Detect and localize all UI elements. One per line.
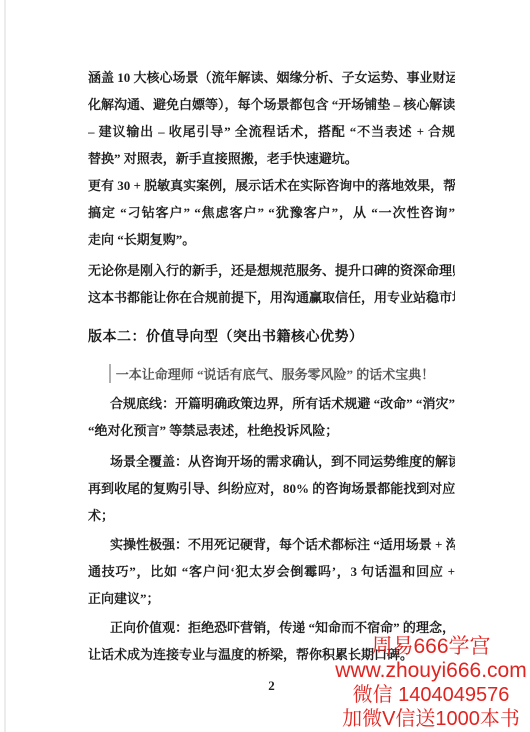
watermark-line: 周易666学宫	[333, 635, 529, 659]
page-edge-line	[4, 0, 6, 732]
text-line: 场景全覆盖：从咨询开场的需求确认，到不同运势维度的解读，	[88, 448, 455, 475]
text-line: 通技巧”，比如 “客户问‘犯太岁会倒霉吗’，3 句话温和回应 +	[88, 558, 455, 585]
watermark: 周易666学宫 www.zhouyi666.com 微信 1404049576 …	[333, 635, 529, 731]
text-line: 再到收尾的复购引导、纠纷应对，80% 的咨询场景都能找到对应话	[88, 475, 455, 502]
text-line: 实操性极强：不用死记硬背，每个话术都标注 “适用场景 + 沟	[88, 531, 455, 558]
section-heading: 版本二：价值导向型（突出书籍核心优势）	[88, 323, 455, 350]
caret-mark	[109, 364, 111, 383]
watermark-line: 加微V信送1000本书	[333, 707, 529, 731]
text-line: 术；	[88, 502, 455, 529]
document-page: 涵盖 10 大核心场景（流年解读、姻缘分析、子女运势、事业财运、 化解沟通、避免…	[0, 0, 530, 732]
text-line: 更有 30 + 脱敏真实案例，展示话术在实际咨询中的落地效果，帮你	[88, 172, 455, 199]
tagline-line: 一本让命理师 “说话有底气、服务零风险” 的话术宝典！	[88, 361, 455, 388]
tagline-text: 一本让命理师 “说话有底气、服务零风险” 的话术宝典！	[116, 367, 435, 382]
text-line: 无论你是刚入行的新手，还是想规范服务、提升口碑的资深命理师，	[88, 257, 455, 284]
text-line: 替换” 对照表，新手直接照搬，老手快速避坑。	[88, 145, 455, 172]
text-line: 合规底线：开篇明确政策边界，所有话术规避 “改命” “消灾”	[88, 390, 455, 417]
watermark-line: 微信 1404049576	[333, 683, 529, 707]
text-line: 正向建议”；	[88, 585, 455, 612]
text-line: 涵盖 10 大核心场景（流年解读、姻缘分析、子女运势、事业财运、	[88, 64, 455, 91]
page-body: 涵盖 10 大核心场景（流年解读、姻缘分析、子女运势、事业财运、 化解沟通、避免…	[88, 64, 455, 699]
text-line: “绝对化预言” 等禁忌表述，杜绝投诉风险；	[88, 417, 455, 444]
text-line: 化解沟通、避免白嫖等），每个场景都包含 “开场铺垫 – 核心解读	[88, 91, 455, 118]
text-line: 搞定 “刁钻客户” “焦虑客户” “犹豫客户”，从 “一次性咨询”	[88, 199, 455, 226]
text-line: – 建议输出 – 收尾引导” 全流程话术，搭配 “不当表述 + 合规	[88, 118, 455, 145]
text-line: 这本书都能让你在合规前提下，用沟通赢取信任，用专业站稳市场。	[88, 284, 455, 311]
text-line: 走向 “长期复购”。	[88, 226, 455, 253]
watermark-line: www.zhouyi666.com	[333, 659, 529, 683]
